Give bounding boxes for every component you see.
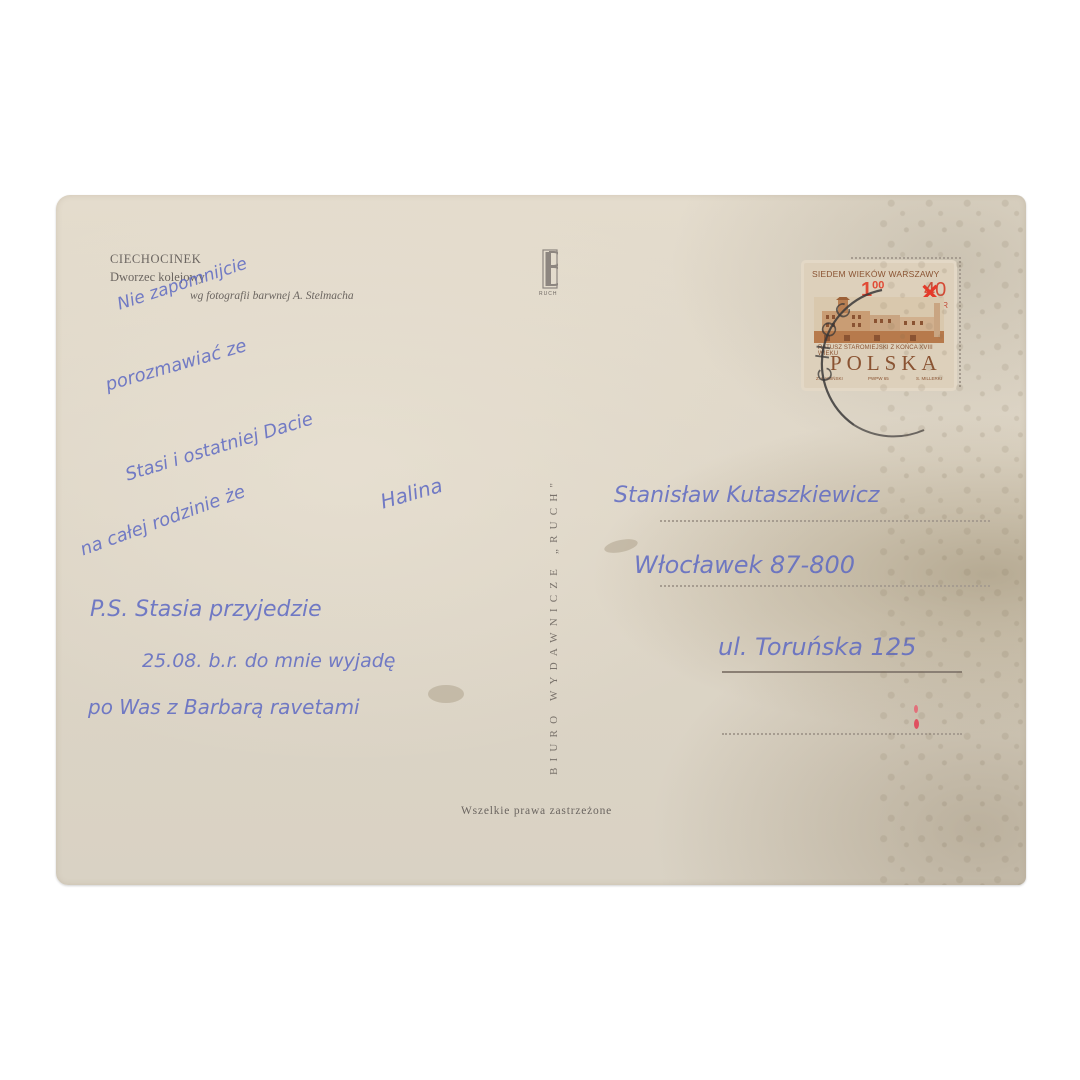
stamp-country: POLSKA	[830, 351, 942, 376]
message-ps: P.S. Stasia przyjedzie	[90, 597, 322, 622]
stain-mark	[428, 685, 464, 703]
stamp-old-value: 40	[924, 279, 946, 302]
rights-notice: Wszelkie prawa zastrzeżone	[461, 805, 612, 817]
message-line-8: po Was z Barbarą ravetami	[88, 695, 360, 719]
address-line-2	[660, 585, 990, 587]
stamp-old-unit: GR	[936, 301, 948, 310]
stamp-credit-left: Z. KAMIŃSKI	[816, 376, 843, 381]
publisher-vertical-text: BIURO WYDAWNICZE „RUCH"	[548, 477, 560, 775]
ruch-logo-icon	[542, 249, 558, 289]
strike-x-icon: ✕	[920, 279, 940, 308]
message-line-2: porozmawiać ze	[103, 335, 249, 395]
caption-title: CIECHOCINEK	[110, 252, 201, 267]
address-street: ul. Toruńska 125	[718, 633, 916, 661]
town-hall-illustration-icon	[814, 297, 944, 343]
red-ink-dot	[914, 719, 919, 729]
message-signature: Halina	[378, 473, 446, 514]
message-line-7: 25.08. b.r. do mnie wyjadę	[142, 650, 395, 672]
address-name: Stanisław Kutaszkiewicz	[614, 483, 879, 508]
logo-label: RUCH	[539, 291, 557, 297]
postage-stamp: SIEDEM WIEKÓW WARSZAWY 100 ZŁ 40 ✕ GR	[804, 263, 954, 388]
message-line-3: Stasi i ostatniej Dacie	[123, 408, 316, 485]
stamp-credit-right: S. MILLERKI	[916, 376, 942, 381]
stamp-value-unit: ZŁ	[878, 297, 890, 308]
stamp-credit-mid: PWPW 65	[868, 376, 889, 381]
address-line-3	[722, 671, 962, 673]
address-city: Włocławek 87-800	[634, 551, 855, 579]
red-ink-dot	[914, 705, 918, 713]
stamp-series: SIEDEM WIEKÓW WARSZAWY	[812, 269, 940, 279]
stamp-value-fraction: 00	[872, 279, 884, 291]
message-line-4: na całej rodzinie że	[77, 481, 248, 560]
address-line-1	[660, 520, 990, 522]
caption-credit: wg fotografii barwnej A. Stelmacha	[190, 290, 354, 302]
postcard: CIECHOCINEK Dworzec kolejowy wg fotograf…	[56, 195, 1026, 885]
address-line-4	[722, 733, 962, 735]
